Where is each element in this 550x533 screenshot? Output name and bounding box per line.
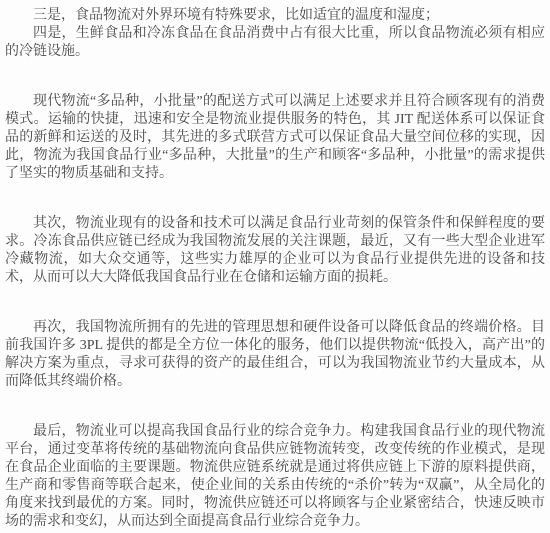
document-page: 三是，食品物流对外界环境有特殊要求，比如适宜的温度和湿度； 四是，生鲜食品和冷冻…: [0, 0, 550, 533]
paragraph: 其次，物流业现有的设备和技术可以满足食品行业苛刻的保管条件和保鲜程度的要求。冷冻…: [5, 215, 545, 287]
paragraph: 四是，生鲜食品和冷冻食品在食品消费中占有很大比重，所以食品物流必须有相应的冷链设…: [5, 25, 545, 61]
paragraph: 现代物流“多品种，小批量”的配送方式可以满足上述要求并且符合顾客现有的消费模式。…: [5, 93, 545, 183]
paragraph: 最后，物流业可以提高我国食品行业的综合竞争力。构建我国食品行业的现代物流平台，通…: [5, 423, 545, 531]
paragraph: 三是，食品物流对外界环境有特殊要求，比如适宜的温度和湿度；: [5, 7, 545, 25]
paragraph: 再次，我国物流所拥有的先进的管理思想和硬件设备可以降低食品的终端价格。目前我国许…: [5, 319, 545, 391]
